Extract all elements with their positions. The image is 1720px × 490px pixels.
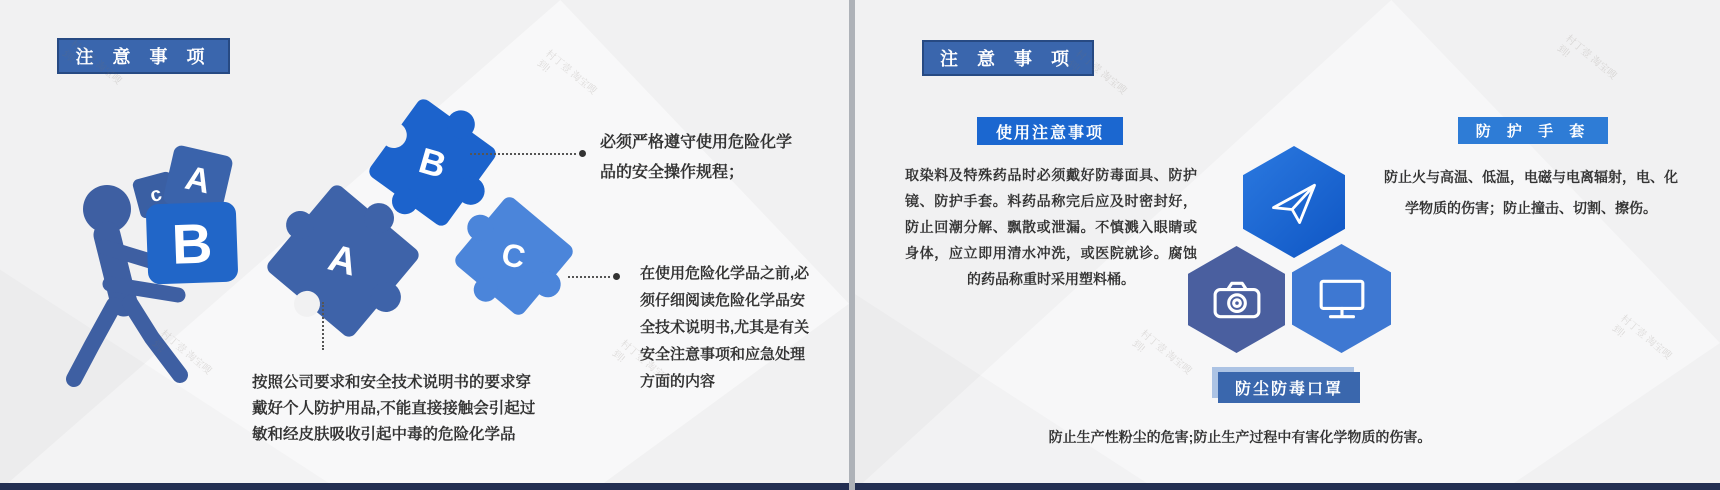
connector-line: [322, 302, 324, 350]
section-label-text: 防 护 手 套: [1476, 120, 1591, 141]
bullet-text-1: 必须严格遵守使用危险化学品的安全操作规程；: [600, 128, 795, 188]
slide-title-box: 注 意 事 项: [922, 40, 1094, 76]
bullet-text-2: 在使用危险化学品之前,必须仔细阅读危险化学品安全技术说明书,尤其是有关安全注意事…: [640, 260, 818, 395]
section-label-mask: 防尘防毒口罩: [1218, 372, 1360, 403]
letter-block-b: B: [146, 201, 239, 284]
puzzle-knob: [280, 205, 319, 244]
slide-title: 注 意 事 项: [75, 43, 211, 69]
slide-left: 注 意 事 项 c A B: [0, 0, 849, 490]
puzzle-knob: [469, 273, 503, 307]
puzzle-notch: [289, 286, 326, 323]
puzzle-piece-b: B: [385, 115, 480, 210]
slide-title-box: 注 意 事 项: [57, 38, 230, 74]
puzzle-letter: A: [324, 237, 362, 286]
puzzle-knob: [451, 171, 490, 210]
connector-line: [568, 276, 610, 278]
slide-right: 注 意 事 项 使用注意事项 取染料及特殊药品时必须戴好防毒面具、防护镜、防护手…: [855, 0, 1720, 490]
tile-a-letter: A: [182, 158, 215, 202]
watermark: 村丁壹 淘宝嗖到!: [1609, 312, 1675, 373]
watermark: 村丁壹 淘宝嗖到!: [1129, 327, 1195, 388]
section-text-usage: 取染料及特殊药品时必须戴好防毒面具、防护镜、防护手套。料药品称完后应及时密封好，…: [905, 162, 1197, 292]
puzzle-piece-c: C: [470, 212, 558, 300]
watermark: 村丁壹 淘宝嗖到!: [534, 47, 600, 108]
hexagon-camera: [1188, 246, 1285, 353]
section-text-mask: 防止生产性粉尘的危害;防止生产过程中有害化学物质的伤害。: [1010, 426, 1470, 448]
block-b-letter: B: [171, 210, 214, 276]
slide-footer-bar: [855, 483, 1720, 490]
connector-dot: [579, 150, 586, 157]
puzzle-knob: [462, 209, 499, 246]
slide-title: 注 意 事 项: [940, 45, 1076, 71]
puzzle-letter: C: [499, 235, 529, 276]
paper-plane-icon: [1266, 174, 1322, 230]
puzzle-knob: [441, 105, 480, 144]
slides-preview-canvas: 注 意 事 项 c A B: [0, 0, 1720, 490]
bullet-text-3: 按照公司要求和安全技术说明书的要求穿戴好个人防护用品,不能直接接触会引起过敏和经…: [252, 370, 536, 448]
puzzle-knob: [529, 266, 566, 303]
puzzle-piece-a: A: [287, 205, 399, 317]
connector-line: [470, 153, 576, 155]
section-label-gloves: 防 护 手 套: [1458, 117, 1608, 144]
puzzle-knob: [365, 276, 407, 318]
hexagon-paper-plane: [1243, 146, 1345, 258]
puzzle-notch: [376, 116, 412, 152]
monitor-icon: [1317, 277, 1367, 321]
puzzle-letter: B: [414, 139, 451, 187]
section-label-text: 防尘防毒口罩: [1235, 376, 1343, 399]
section-text-gloves: 防止火与高温、低温，电磁与电离辐射，电、化学物质的伤害；防止撞击、切割、擦伤。: [1381, 162, 1681, 224]
camera-icon: [1212, 279, 1262, 321]
section-label-usage: 使用注意事项: [977, 117, 1123, 145]
section-label-text: 使用注意事项: [996, 120, 1104, 143]
watermark: 村丁壹 淘宝嗖到!: [1554, 32, 1620, 93]
hexagon-monitor: [1292, 244, 1391, 353]
slide-footer-bar: [0, 483, 849, 490]
connector-dot: [613, 273, 620, 280]
